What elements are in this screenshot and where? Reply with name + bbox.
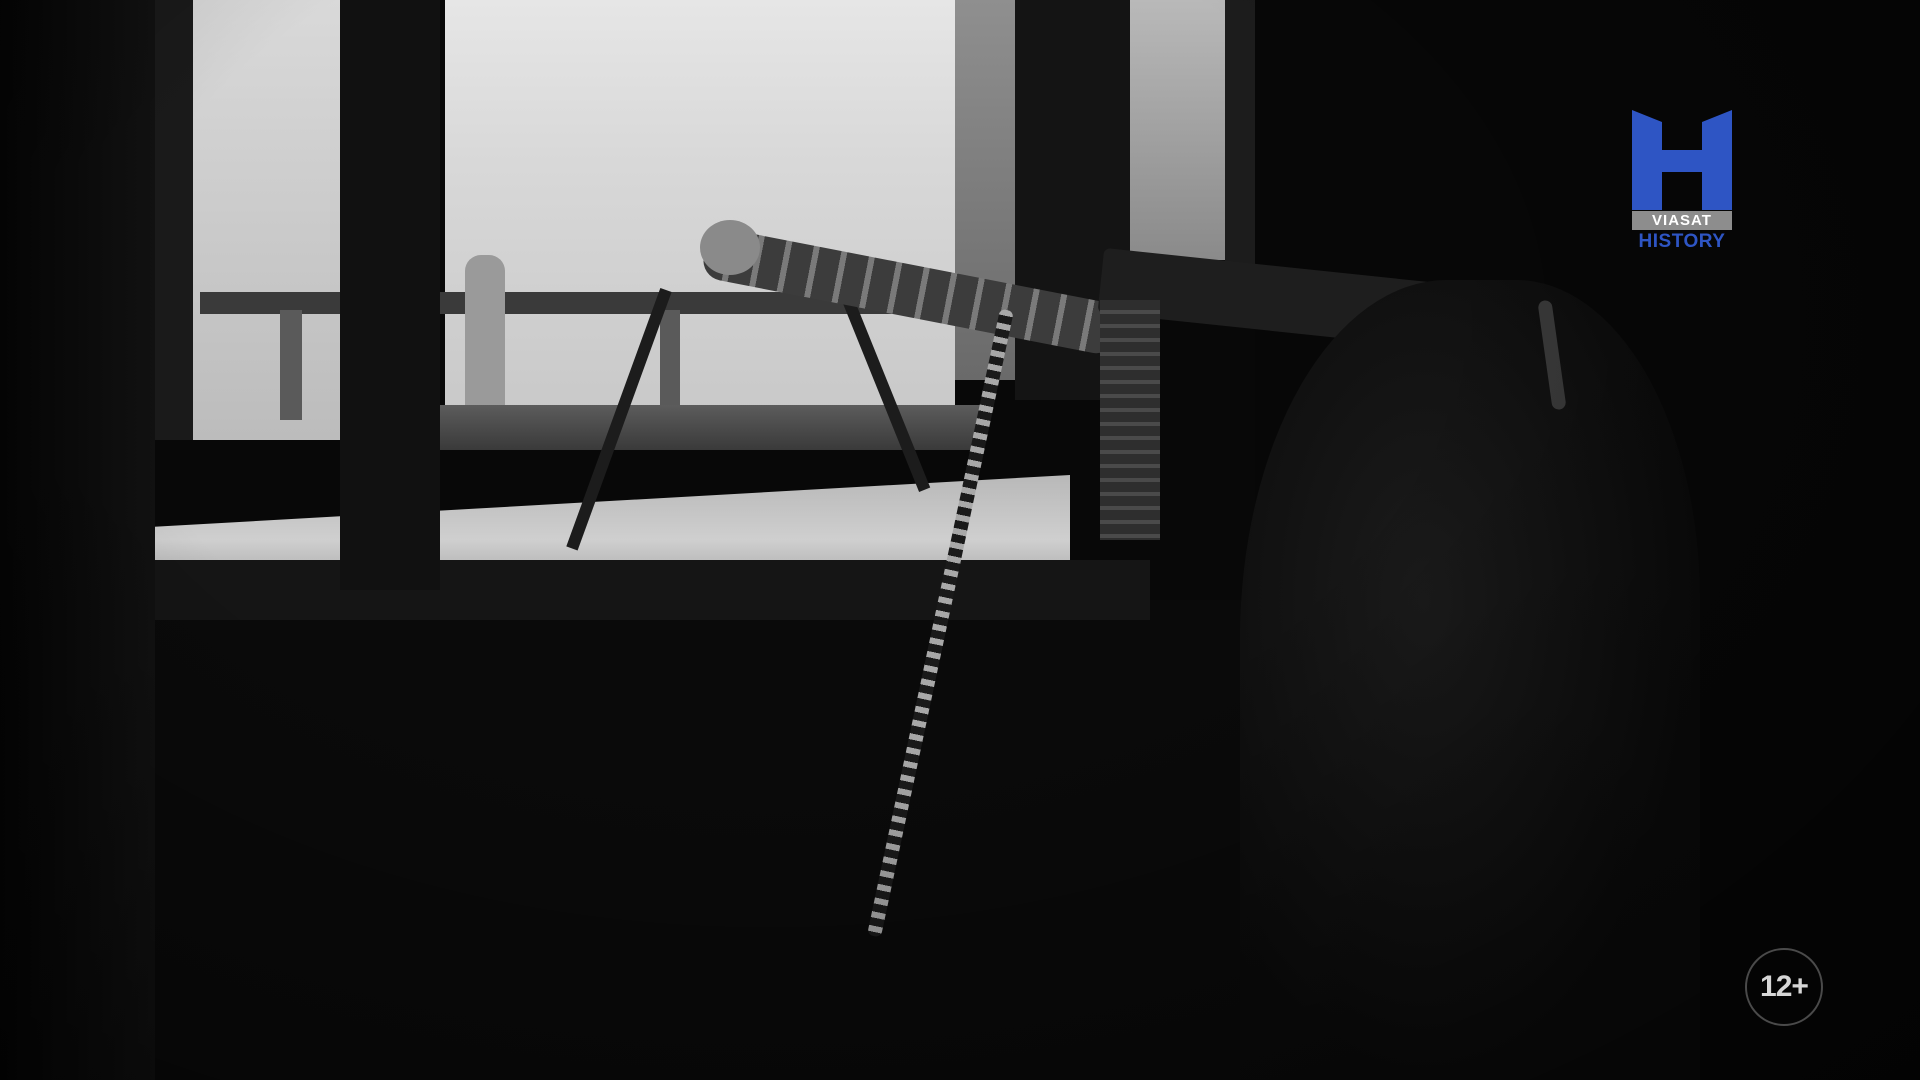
window-pane-main bbox=[445, 0, 955, 410]
logo-brand-bottom: HISTORY bbox=[1632, 231, 1732, 253]
channel-logo: VIASAT HISTORY bbox=[1632, 110, 1732, 253]
logo-brand-top: VIASAT bbox=[1632, 211, 1732, 230]
window-pane-left bbox=[190, 0, 350, 440]
railing-post bbox=[280, 310, 302, 420]
h-logo-icon bbox=[1632, 110, 1732, 210]
age-rating-badge: 12+ bbox=[1745, 948, 1823, 1026]
machine-gun-muzzle bbox=[700, 220, 760, 275]
railing-post bbox=[660, 310, 680, 410]
window-sash bbox=[155, 0, 193, 440]
sill-shadow bbox=[150, 560, 1150, 620]
window-pane-far bbox=[1130, 0, 1225, 260]
railing-post bbox=[465, 255, 505, 405]
soldier-silhouette bbox=[1240, 280, 1700, 1080]
ammo-feed bbox=[1100, 300, 1160, 540]
window-frame-post bbox=[340, 0, 440, 590]
left-wall bbox=[0, 0, 155, 1080]
video-frame: VIASAT HISTORY 12+ bbox=[0, 0, 1920, 1080]
